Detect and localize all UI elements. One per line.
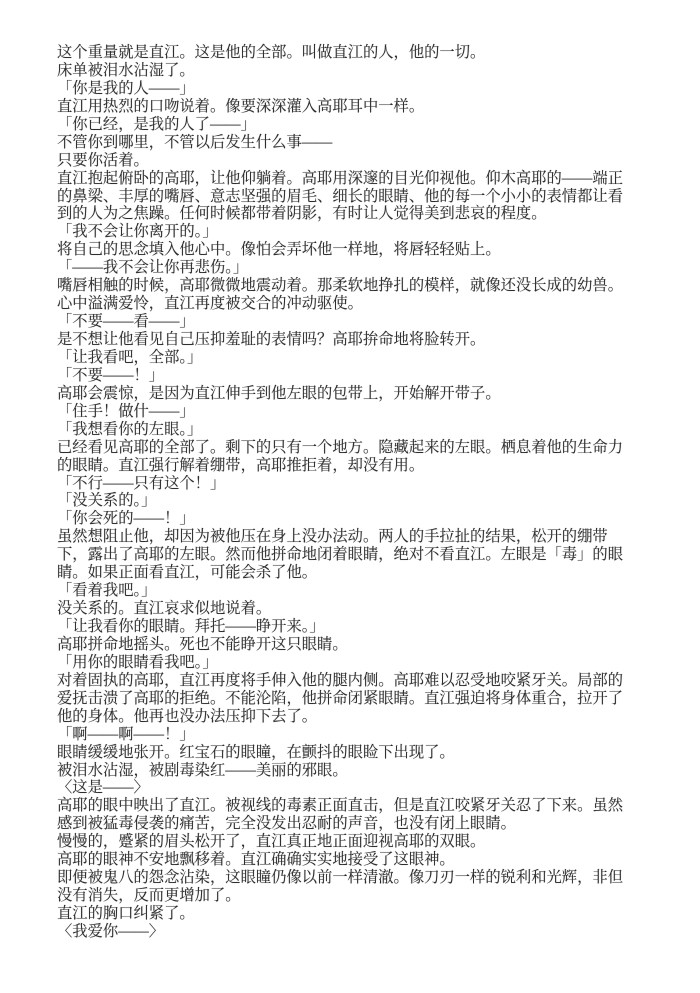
text-line: 感到被猛毒侵袭的痛苦，完全没发出忍耐的声音，也没有闭上眼睛。: [57, 815, 657, 833]
text-line: 这个重量就是直江。这是他的全部。叫做直江的人，他的一切。: [57, 44, 657, 62]
text-line: 眼睛缓缓地张开。红宝石的眼瞳，在颤抖的眼睑下出现了。: [57, 744, 657, 762]
text-line: 到的人为之焦躁。任何时候都带着阴影，有时让人觉得美到悲哀的程度。: [57, 205, 657, 223]
text-line: 将自己的思念填入他心中。像怕会弄坏他一样地，将唇轻轻贴上。: [57, 241, 657, 259]
text-line: 爱抚击溃了高耶的拒绝。不能沦陷，他拼命闭紧眼睛。直江强迫将身体重合，拉开了: [57, 690, 657, 708]
text-line: 高耶的眼神不安地飘移着。直江确确实实地接受了这眼神。: [57, 851, 657, 869]
text-line: 慢慢的，蹙紧的眉头松开了，直江真正地正面迎视高耶的双眼。: [57, 833, 657, 851]
text-content: 这个重量就是直江。这是他的全部。叫做直江的人，他的一切。床单被泪水沾湿了。「你是…: [57, 44, 657, 941]
text-line: 被泪水沾湿，被剧毒染红——美丽的邪眼。: [57, 762, 657, 780]
text-line: 心中溢满爱怜，直江再度被交合的冲动驱使。: [57, 295, 657, 313]
text-line: 高耶拼命地摇头。死也不能睁开这只眼睛。: [57, 636, 657, 654]
text-line: 「让我看吧，全部。」: [57, 349, 657, 367]
text-line: 是不想让他看见自己压抑羞耻的表情吗？高耶拚命地将脸转开。: [57, 331, 657, 349]
text-line: 直江用热烈的口吻说着。像要深深灌入高耶耳中一样。: [57, 98, 657, 116]
text-line: 「看着我吧。」: [57, 582, 657, 600]
text-line: 〈我爱你——〉: [57, 923, 657, 941]
text-line: 「你已经，是我的人了——」: [57, 116, 657, 134]
text-line: 嘴唇相触的时候，高耶微微地震动着。那柔软地挣扎的模样，就像还没长成的幼兽。: [57, 277, 657, 295]
text-line: 没有消失，反而更增加了。: [57, 887, 657, 905]
text-line: 即便被鬼八的怨念沾染，这眼瞳仍像以前一样清澈。像刀刃一样的锐利和光辉，非但: [57, 869, 657, 887]
text-line: 直江抱起俯卧的高耶，让他仰躺着。高耶用深邃的目光仰视他。仰木高耶的——端正: [57, 170, 657, 188]
text-line: 「住手！做什——」: [57, 403, 657, 421]
text-line: 「你会死的——！」: [57, 510, 657, 528]
text-line: 不管你到哪里，不管以后发生什么事——: [57, 134, 657, 152]
text-line: 的眼睛。直江强行解着绷带，高耶推拒着，却没有用。: [57, 457, 657, 475]
text-line: 「不要——！」: [57, 367, 657, 385]
text-line: 「没关系的。」: [57, 492, 657, 510]
text-line: 没关系的。直江哀求似地说着。: [57, 600, 657, 618]
text-line: 「用你的眼睛看我吧。」: [57, 654, 657, 672]
text-line: 的鼻梁、丰厚的嘴唇、意志坚强的眉毛、细长的眼睛、他的每一个小小的表情都让看: [57, 188, 657, 206]
text-line: 〈这是——〉: [57, 779, 657, 797]
text-line: 「——我不会让你再悲伤。」: [57, 259, 657, 277]
document-page: 这个重量就是直江。这是他的全部。叫做直江的人，他的一切。床单被泪水沾湿了。「你是…: [0, 0, 700, 993]
text-line: 高耶会震惊，是因为直江伸手到他左眼的包带上，开始解开带子。: [57, 385, 657, 403]
text-line: 「不要——看——」: [57, 313, 657, 331]
text-line: 「让我看你的眼睛。拜托——睁开来。」: [57, 618, 657, 636]
text-line: 虽然想阻止他，却因为被他压在身上没办法动。两人的手拉扯的结果，松开的绷带: [57, 528, 657, 546]
text-line: 已经看见高耶的全部了。剩下的只有一个地方。隐藏起来的左眼。栖息着他的生命力: [57, 439, 657, 457]
text-line: 床单被泪水沾湿了。: [57, 62, 657, 80]
text-line: 「啊——啊——！」: [57, 726, 657, 744]
text-line: 高耶的眼中映出了直江。被视线的毒素正面直击，但是直江咬紧牙关忍了下来。虽然: [57, 797, 657, 815]
text-line: 睛。如果正面看直江，可能会杀了他。: [57, 564, 657, 582]
text-line: 「不行——只有这个！」: [57, 475, 657, 493]
text-line: 下，露出了高耶的左眼。然而他拼命地闭着眼睛，绝对不看直江。左眼是「毒」的眼: [57, 546, 657, 564]
text-line: 他的身体。他再也没办法压抑下去了。: [57, 708, 657, 726]
text-line: 「我不会让你离开的。」: [57, 223, 657, 241]
text-line: 只要你活着。: [57, 152, 657, 170]
text-line: 「我想看你的左眼。」: [57, 421, 657, 439]
text-line: 直江的胸口纠紧了。: [57, 905, 657, 923]
text-line: 「你是我的人——」: [57, 80, 657, 98]
text-line: 对着固执的高耶，直江再度将手伸入他的腿内侧。高耶难以忍受地咬紧牙关。局部的: [57, 672, 657, 690]
